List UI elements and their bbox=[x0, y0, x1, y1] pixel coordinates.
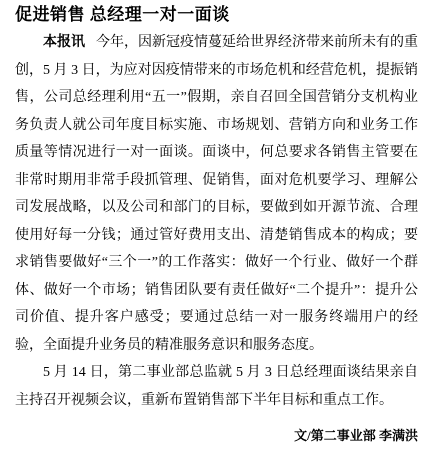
paragraph-2-text: 5 月 14 日，第二事业部总监就 5 月 3 日总经理面谈结果亲自主持召开视频… bbox=[15, 365, 418, 408]
paragraph-1: 本报讯今年，因新冠疫情蔓延给世界经济带来前所未有的重创，5 月 3 日，为应对因… bbox=[15, 29, 418, 359]
article-body: 本报讯今年，因新冠疫情蔓延给世界经济带来前所未有的重创，5 月 3 日，为应对因… bbox=[15, 29, 418, 414]
document-page: 促进销售 总经理一对一面谈 本报讯今年，因新冠疫情蔓延给世界经济带来前所未有的重… bbox=[0, 0, 430, 454]
byline: 文/第二事业部 李满洪 bbox=[294, 427, 418, 445]
paragraph-2: 5 月 14 日，第二事业部总监就 5 月 3 日总经理面谈结果亲自主持召开视频… bbox=[15, 359, 418, 414]
article-title: 促进销售 总经理一对一面谈 bbox=[15, 2, 418, 28]
paragraph-1-text: 今年，因新冠疫情蔓延给世界经济带来前所未有的重创，5 月 3 日，为应对因疫情带… bbox=[15, 35, 418, 353]
paragraph-lead: 本报讯 bbox=[43, 35, 85, 50]
